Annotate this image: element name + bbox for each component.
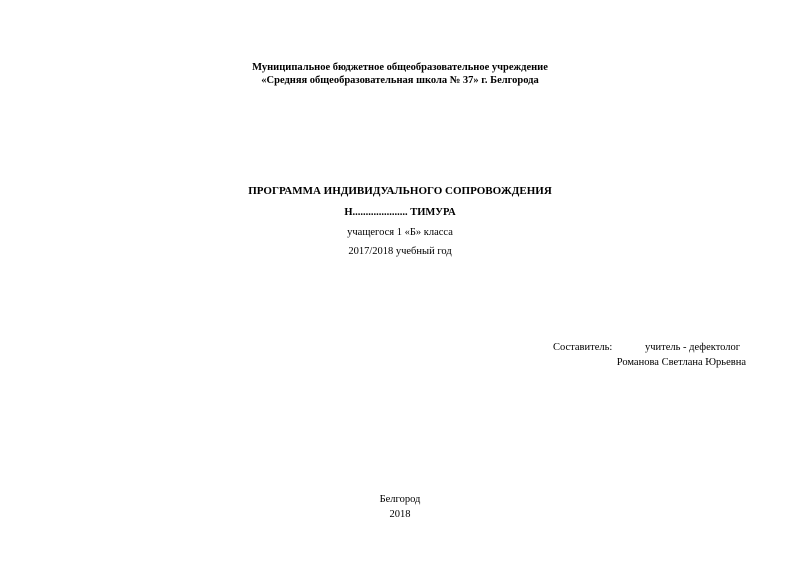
compiler-position: учитель - дефектолог — [645, 342, 740, 353]
organization-name-line-1: Муниципальное бюджетное общеобразователь… — [0, 61, 800, 74]
document-title: ПРОГРАММА ИНДИВИДУАЛЬНОГО СОПРОВОЖДЕНИЯ — [0, 185, 800, 198]
compiler-line: Составитель:учитель - дефектолог — [553, 341, 740, 354]
footer-year: 2018 — [0, 508, 800, 521]
compiler-name: Романова Светлана Юрьевна — [617, 356, 746, 369]
compiler-label: Составитель: — [553, 341, 645, 354]
student-name: Н..................... ТИМУРА — [0, 206, 800, 219]
school-year: 2017/2018 учебный год — [0, 245, 800, 258]
organization-name-line-2: «Средняя общеобразовательная школа № 37»… — [0, 74, 800, 87]
student-class: учащегося 1 «Б» класса — [0, 226, 800, 239]
footer-city: Белгород — [0, 493, 800, 506]
